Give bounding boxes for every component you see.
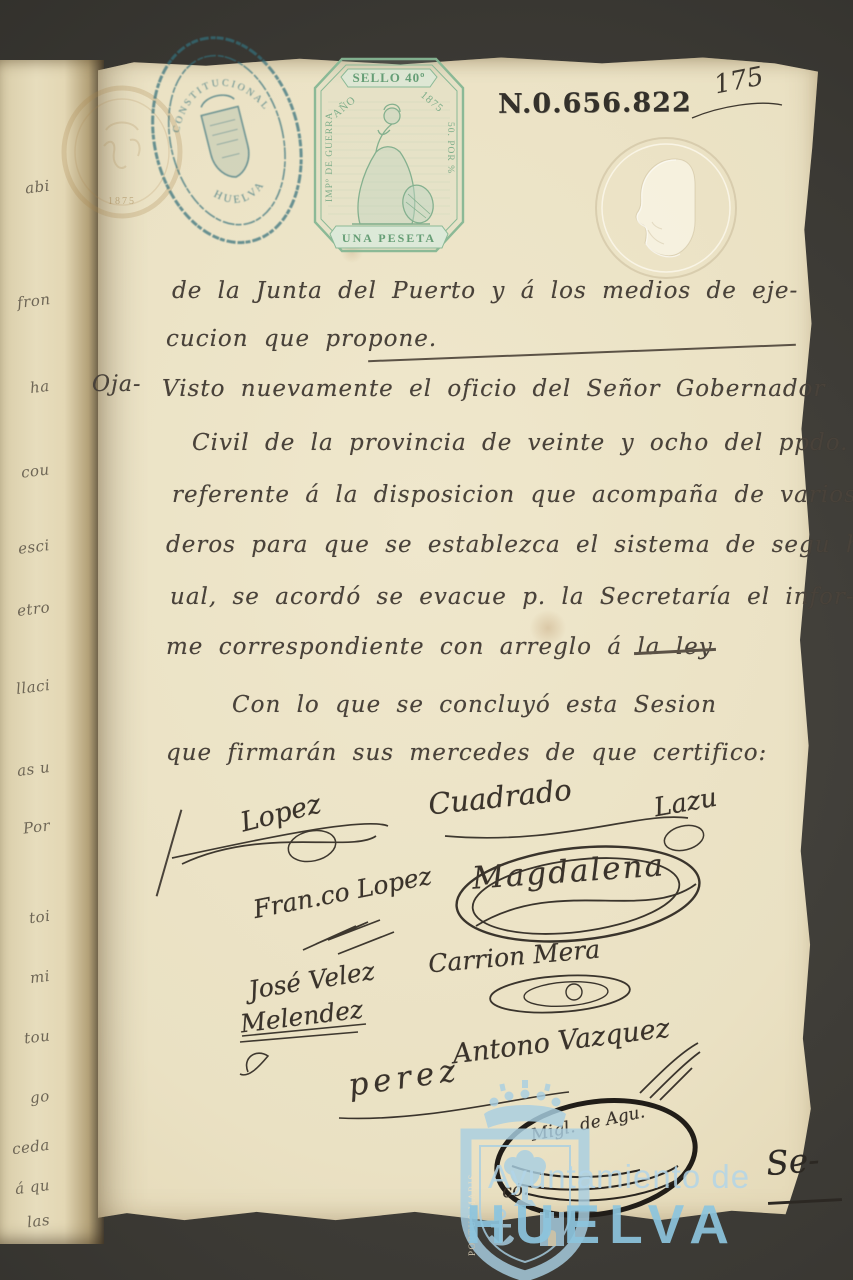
page-fragment: llaci (15, 676, 51, 698)
watermark-text-line1: Ayuntamiento de (488, 1158, 750, 1196)
profile-head (636, 159, 695, 257)
fiscal-stamp-side-right: 50. POR % (445, 122, 455, 174)
manuscript-line: Civil de la provincia de veinte y ocho d… (192, 430, 853, 456)
margin-note: Oja- (92, 372, 141, 397)
fiscal-stamp-value: UNA PESETA (342, 231, 436, 245)
page-fragment: abi (24, 177, 51, 198)
page-fragment: tou (23, 1026, 51, 1047)
svg-text:HUELVA: HUELVA (210, 176, 271, 212)
watermark-text-line2: HUELVA (466, 1192, 738, 1256)
page-fragment: toi (28, 907, 51, 927)
manuscript-line: me correspondiente con arreglo á la ley (166, 634, 713, 660)
manuscript-line: de la Junta del Puerto y á los medios de… (172, 278, 798, 304)
manuscript-line: ual, se acordó se evacue p. la Secretarí… (170, 584, 853, 610)
serial-number: N.0.656.822 (498, 87, 692, 120)
page-fragment: go (29, 1087, 51, 1107)
page-fragment: etro (16, 598, 51, 620)
page-fragment: ha (29, 377, 51, 397)
fiscal-stamp-title: SELLO 40º (353, 70, 426, 85)
rubric-flourish (162, 798, 397, 873)
folio-underline (690, 98, 785, 123)
faint-seal-year: 1875 (108, 196, 136, 207)
eagle-emblem (104, 123, 140, 169)
stamp-legend-bottom: HUELVA (210, 176, 271, 212)
rubric-flourish (298, 914, 413, 959)
manuscript-line: Visto nuevamente el oficio del Señor Gob… (162, 376, 825, 402)
page-fragment: ceda (11, 1136, 51, 1158)
page-fragment: fron (16, 290, 51, 312)
manuscript-line: deros para que se establezca el sistema … (166, 532, 853, 558)
stamp-crown (199, 92, 234, 108)
page-fragment: Por (22, 816, 51, 837)
rubric-flourish (446, 836, 714, 951)
catchword: Se- (764, 1140, 820, 1183)
manuscript-line: que firmarán sus mercedes de que certifi… (166, 740, 767, 766)
fiscal-stamp: SELLO 40º AÑO 1875 IMPº DE GUERRA 50. PO… (312, 56, 466, 254)
fiscal-stamp-side-left: IMPº DE GUERRA (325, 112, 335, 202)
crown-icon (484, 1080, 566, 1128)
rubric-flourish (482, 970, 637, 1020)
previous-page-edge: abi fron ha cou esci etro llaci as u Por… (0, 60, 104, 1244)
page-fragment: esci (17, 536, 51, 558)
rubric-flourish (630, 1038, 705, 1103)
manuscript-line: Con lo que se concluyó esta Sesion (232, 692, 717, 718)
page-fragment: á qu (14, 1176, 51, 1198)
manuscript-line: cucion que propone. (166, 326, 437, 352)
page-fragment: as u (16, 758, 51, 780)
document-scan: abi fron ha cou esci etro llaci as u Por… (0, 0, 853, 1280)
page-fragment: cou (20, 460, 51, 481)
page-fragment: las (26, 1211, 51, 1232)
stamp-coat-of-arms (201, 106, 254, 181)
manuscript-line: referente á la disposicion que acompaña … (172, 482, 853, 508)
embossed-seal (578, 126, 758, 296)
page-fragment: mi (29, 967, 51, 987)
